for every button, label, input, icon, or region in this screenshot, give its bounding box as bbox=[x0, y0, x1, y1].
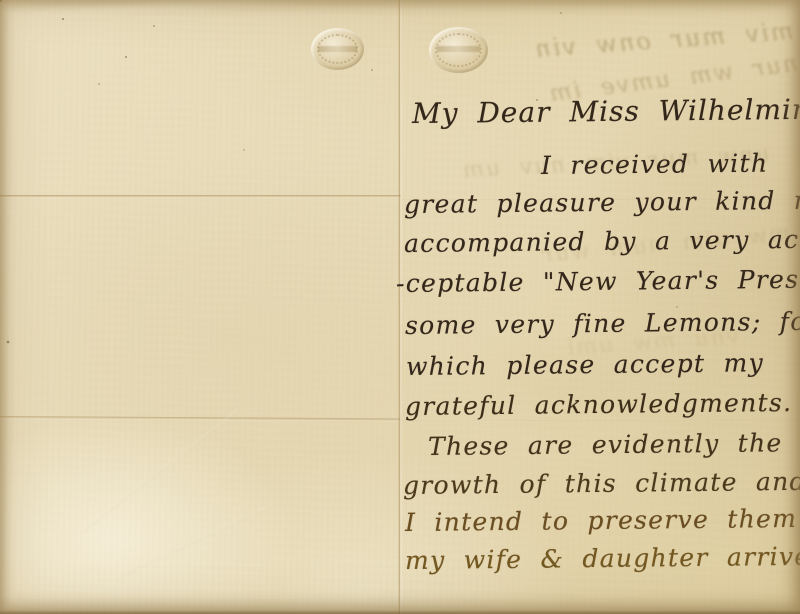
foxing-specks bbox=[0, 0, 2, 2]
light-crease-band bbox=[0, 0, 360, 19]
handwriting-line: I received with bbox=[541, 149, 769, 180]
handwriting-line-salutation: My Dear Miss Wilhelmina, bbox=[412, 93, 800, 130]
handwriting-line: my wife & daughter arrive bbox=[405, 542, 800, 575]
handwriting-line: accompanied by a very ac- bbox=[404, 225, 800, 258]
horizontal-fold-crease-lower bbox=[0, 416, 401, 421]
embossed-seal-right bbox=[429, 27, 488, 73]
letter-photo: miv mur onw vin nur wm umve im unw mur v… bbox=[0, 0, 800, 614]
embossed-seal-left bbox=[311, 28, 364, 70]
paper-bottom-edge bbox=[0, 610, 800, 614]
handwriting-line: I intend to preserve them till bbox=[405, 503, 800, 537]
handwriting-line: grateful acknowledgments. bbox=[405, 388, 793, 421]
handwriting-line: growth of this climate and bbox=[403, 467, 800, 500]
horizontal-fold-crease-upper bbox=[0, 195, 401, 198]
handwriting-line: some very fine Lemons; for bbox=[405, 307, 800, 340]
center-fold-crease bbox=[398, 0, 402, 614]
handwriting-line: great pleasure your kind note bbox=[404, 185, 800, 219]
diagonal-crease bbox=[81, 409, 240, 534]
diagonal-crease bbox=[118, 504, 273, 578]
handwriting-line: These are evidently the bbox=[428, 428, 783, 461]
ink-showthrough: miv mur onw vin bbox=[533, 17, 795, 63]
handwriting-line: -ceptable "New Year's Present" of bbox=[396, 264, 800, 298]
handwriting-line: which please accept my bbox=[406, 348, 764, 381]
